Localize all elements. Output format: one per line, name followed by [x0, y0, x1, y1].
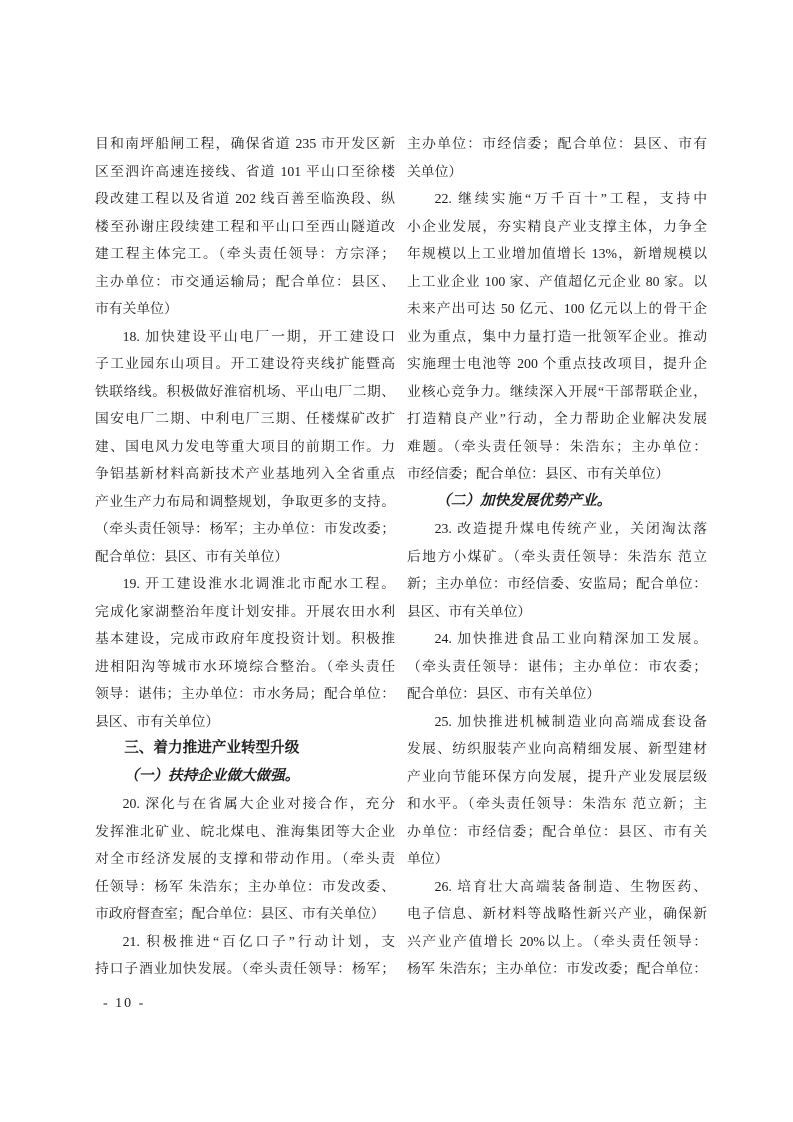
text-line: 20. 深化与在省属大企业对接合作，充分	[95, 790, 395, 818]
text-line: 主办单位：市经信委；配合单位：县区、市有	[407, 130, 707, 158]
text-line: 19. 开工建设淮水北调淮北市配水工程。	[95, 570, 395, 598]
text-line: 任领导：杨军 朱浩东；主办单位：市发改委、	[95, 873, 395, 901]
text-line: 市有关单位）	[95, 295, 395, 323]
text-line: 进相阳沟等城市水环境综合整治。（牵头责任	[95, 653, 395, 681]
text-line: 区至泗许高速连接线、省道 101 平山口至徐楼	[95, 158, 395, 186]
text-line: 完成化家湖整治年度计划安排。开展农田水利	[95, 598, 395, 626]
text-line: 县区、市有关单位）	[407, 598, 707, 626]
text-line: 楼至孙谢庄段续建工程和平山口至西山隧道改	[95, 213, 395, 241]
heading-line: （二）加快发展优势产业。	[407, 488, 707, 516]
text-line: 年规模以上工业增加值增长 13%，新增规模以	[407, 240, 707, 268]
text-line: 铁联络线。积极做好淮宿机场、平山电厂二期、	[95, 378, 395, 406]
text-line: 建工程主体完工。（牵头责任领导：方宗泽；	[95, 240, 395, 268]
text-line: 业核心竞争力。继续深入开展“干部帮联企业，	[407, 378, 707, 406]
text-line: 单位）	[407, 845, 707, 873]
text-line: 产业生产力布局和调整规划，争取更多的支持。	[95, 488, 395, 516]
text-line: 配合单位：县区、市有关单位）	[95, 543, 395, 571]
text-line: 发展、纺织服装产业向高精细发展、新型建材	[407, 735, 707, 763]
text-line: 小企业发展，夯实精良产业支撑主体，力争全	[407, 213, 707, 241]
text-line: 市政府督查室；配合单位：县区、市有关单位）	[95, 900, 395, 928]
text-line: 后地方小煤矿。（牵头责任领导：朱浩东 范立	[407, 543, 707, 571]
text-line: 电子信息、新材料等战略性新兴产业，确保新	[407, 900, 707, 928]
text-line: 关单位）	[407, 158, 707, 186]
text-line: 县区、市有关单位）	[95, 708, 395, 736]
text-line: 争铝基新材料高新技术产业基地列入全省重点	[95, 460, 395, 488]
text-line: 难题。（牵头责任领导：朱浩东；主办单位：	[407, 433, 707, 461]
text-line: 持口子酒业加快发展。（牵头责任领导：杨军；	[95, 955, 395, 983]
text-line: 18. 加快建设平山电厂一期，开工建设口	[95, 323, 395, 351]
page-number: - 10 -	[103, 993, 145, 1015]
text-line: 段改建工程以及省道 202 线百善至临涣段、纵	[95, 185, 395, 213]
text-line: 23. 改造提升煤电传统产业，关闭淘汰落	[407, 515, 707, 543]
heading-line: 三、着力推进产业转型升级	[95, 735, 395, 763]
text-line: 发挥淮北矿业、皖北煤电、淮海集团等大企业	[95, 818, 395, 846]
text-line: 配合单位：县区、市有关单位）	[407, 680, 707, 708]
column-left: 目和南坪船闸工程，确保省道 235 市开发区新区至泗许高速连接线、省道 101 …	[95, 130, 395, 983]
text-line: 打造精良产业”行动，全力帮助企业解决发展	[407, 405, 707, 433]
text-line: 25. 加快推进机械制造业向高端成套设备	[407, 708, 707, 736]
text-line: 建、国电风力发电等重大项目的前期工作。力	[95, 433, 395, 461]
text-line: 主办单位：市交通运输局；配合单位：县区、	[95, 268, 395, 296]
text-line: 实施理士电池等 200 个重点技改项目，提升企	[407, 350, 707, 378]
text-line: 26. 培育壮大高端装备制造、生物医药、	[407, 873, 707, 901]
text-line: 目和南坪船闸工程，确保省道 235 市开发区新	[95, 130, 395, 158]
document-page: 目和南坪船闸工程，确保省道 235 市开发区新区至泗许高速连接线、省道 101 …	[0, 0, 793, 1122]
text-line: 22. 继续实施“万千百十”工程，支持中	[407, 185, 707, 213]
text-line: 21. 积极推进“百亿口子”行动计划，支	[95, 928, 395, 956]
text-line: 基本建设，完成市政府年度投资计划。积极推	[95, 625, 395, 653]
text-line: 子工业园东山项目。开工建设符夹线扩能暨高	[95, 350, 395, 378]
text-columns: 目和南坪船闸工程，确保省道 235 市开发区新区至泗许高速连接线、省道 101 …	[95, 130, 707, 983]
text-line: 杨军 朱浩东；主办单位：市发改委；配合单位：	[407, 955, 707, 983]
text-line: 未来产出可达 50 亿元、100 亿元以上的骨干企	[407, 295, 707, 323]
column-right: 主办单位：市经信委；配合单位：县区、市有关单位）22. 继续实施“万千百十”工程…	[407, 130, 707, 983]
text-line: 办单位：市经信委；配合单位：县区、市有关	[407, 818, 707, 846]
text-line: （牵头责任领导：杨军；主办单位：市发改委；	[95, 515, 395, 543]
text-line: 新；主办单位：市经信委、安监局；配合单位：	[407, 570, 707, 598]
text-line: 国安电厂二期、中利电厂三期、任楼煤矿改扩	[95, 405, 395, 433]
text-line: 和水平。（牵头责任领导：朱浩东 范立新；主	[407, 790, 707, 818]
text-line: 上工业企业 100 家、产值超亿元企业 80 家。以	[407, 268, 707, 296]
heading-line: （一）扶持企业做大做强。	[95, 763, 395, 791]
text-line: 市经信委；配合单位：县区、市有关单位）	[407, 460, 707, 488]
text-line: 兴产业产值增长 20%以上。（牵头责任领导：	[407, 928, 707, 956]
text-line: 业为重点，集中力量打造一批领军企业。推动	[407, 323, 707, 351]
text-line: 24. 加快推进食品工业向精深加工发展。	[407, 625, 707, 653]
text-line: 产业向节能环保方向发展，提升产业发展层级	[407, 763, 707, 791]
text-line: （牵头责任领导：谌伟；主办单位：市农委；	[407, 653, 707, 681]
text-line: 对全市经济发展的支撑和带动作用。（牵头责	[95, 845, 395, 873]
text-line: 领导：谌伟；主办单位：市水务局；配合单位：	[95, 680, 395, 708]
